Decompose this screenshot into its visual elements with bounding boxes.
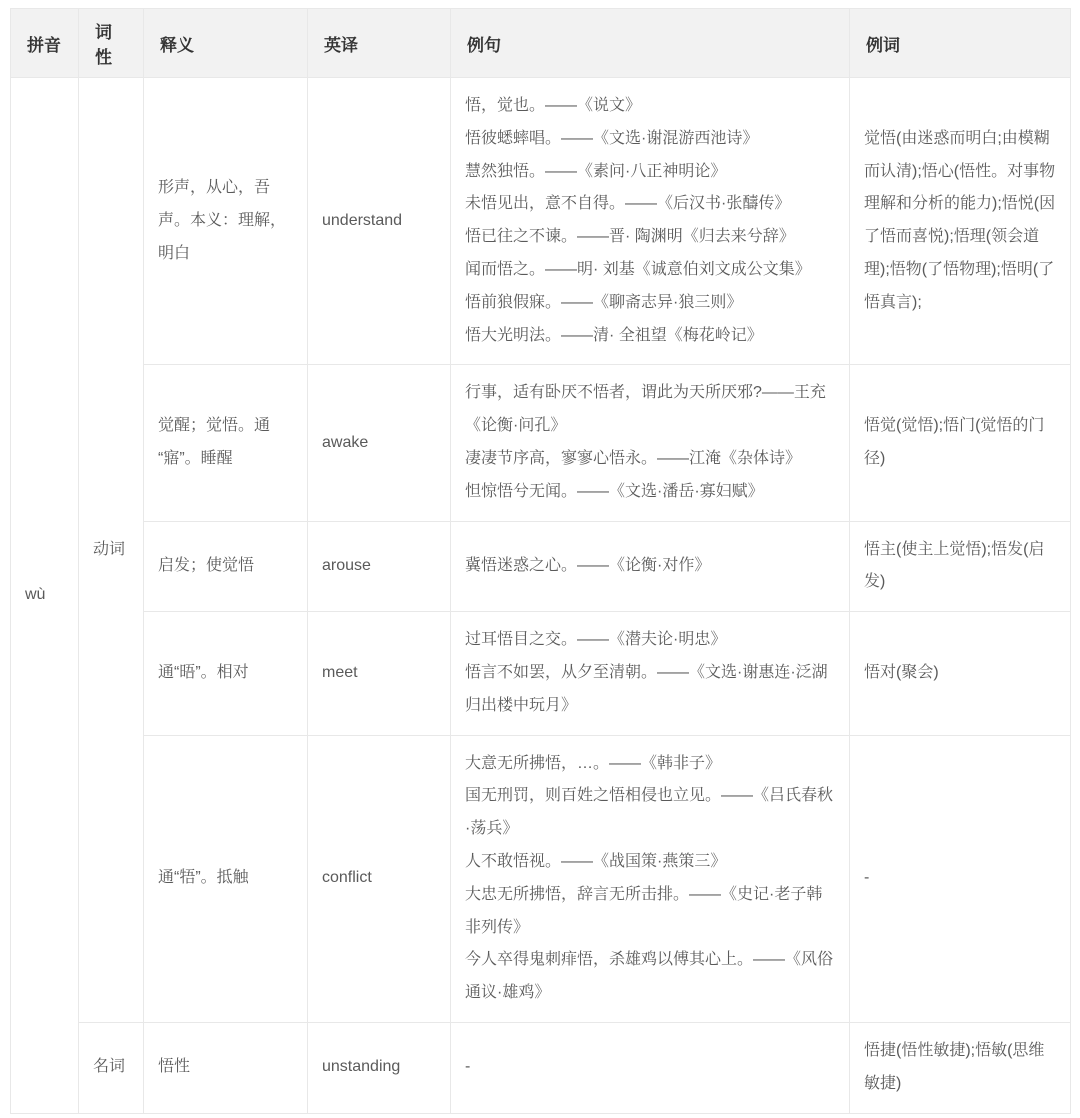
words-cell: 悟捷(悟性敏捷);悟敏(思维敏捷) (850, 1022, 1071, 1113)
definition-cell: 觉醒；觉悟。通“寤”。睡醒 (144, 365, 308, 521)
dictionary-page: 拼音 词性 释义 英译 例句 例词 wù 动词 形声，从心，吾声。本义：理解，明… (0, 0, 1080, 1118)
examples-cell: - (451, 1022, 850, 1113)
words-cell: 悟对(聚会) (850, 612, 1071, 735)
col-header-pos: 词性 (79, 9, 144, 78)
words-cell: 觉悟(由迷惑而明白;由模糊而认清);悟心(悟性。对事物理解和分析的能力);悟悦(… (850, 78, 1071, 365)
definition-cell: 通“牾”。抵触 (144, 735, 308, 1022)
table-row-awake: 觉醒；觉悟。通“寤”。睡醒 awake 行事，适有卧厌不悟者，谓此为天所厌邪?—… (11, 365, 1071, 521)
pos-verb-cell: 动词 (79, 78, 144, 1023)
english-cell: understand (308, 78, 451, 365)
definition-cell: 形声，从心，吾声。本义：理解，明白 (144, 78, 308, 365)
english-cell: unstanding (308, 1022, 451, 1113)
words-cell: - (850, 735, 1071, 1022)
dictionary-table: 拼音 词性 释义 英译 例句 例词 wù 动词 形声，从心，吾声。本义：理解，明… (10, 8, 1071, 1114)
table-row-noun: 名词 悟性 unstanding - 悟捷(悟性敏捷);悟敏(思维敏捷) (11, 1022, 1071, 1113)
table-row-conflict: 通“牾”。抵触 conflict 大意无所拂悟，…。——《韩非子》 国无刑罚，则… (11, 735, 1071, 1022)
english-cell: conflict (308, 735, 451, 1022)
english-cell: awake (308, 365, 451, 521)
examples-cell: 过耳悟目之交。——《潜夫论·明忠》 悟言不如罢，从夕至清朝。——《文选·谢惠连·… (451, 612, 850, 735)
examples-cell: 行事，适有卧厌不悟者，谓此为天所厌邪?——王充《论衡·问孔》 凄凄节序高，寥寥心… (451, 365, 850, 521)
definition-cell: 通“晤”。相对 (144, 612, 308, 735)
words-cell: 悟觉(觉悟);悟门(觉悟的门径) (850, 365, 1071, 521)
examples-cell: 大意无所拂悟，…。——《韩非子》 国无刑罚，则百姓之悟相侵也立见。——《吕氏春秋… (451, 735, 850, 1022)
examples-cell: 悟，觉也。——《说文》 悟彼蟋蟀唱。——《文选·谢混游西池诗》 慧然独悟。——《… (451, 78, 850, 365)
english-cell: meet (308, 612, 451, 735)
pos-noun-cell: 名词 (79, 1022, 144, 1113)
table-row-understand: wù 动词 形声，从心，吾声。本义：理解，明白 understand 悟，觉也。… (11, 78, 1071, 365)
col-header-definition: 释义 (144, 9, 308, 78)
table-row-meet: 通“晤”。相对 meet 过耳悟目之交。——《潜夫论·明忠》 悟言不如罢，从夕至… (11, 612, 1071, 735)
examples-cell: 冀悟迷惑之心。——《论衡·对作》 (451, 521, 850, 612)
words-cell: 悟主(使主上觉悟);悟发(启发) (850, 521, 1071, 612)
col-header-english: 英译 (308, 9, 451, 78)
definition-cell: 悟性 (144, 1022, 308, 1113)
col-header-examples: 例句 (451, 9, 850, 78)
header-row: 拼音 词性 释义 英译 例句 例词 (11, 9, 1071, 78)
pinyin-cell: wù (11, 78, 79, 1114)
definition-cell: 启发；使觉悟 (144, 521, 308, 612)
english-cell: arouse (308, 521, 451, 612)
col-header-pinyin: 拼音 (11, 9, 79, 78)
table-row-arouse: 启发；使觉悟 arouse 冀悟迷惑之心。——《论衡·对作》 悟主(使主上觉悟)… (11, 521, 1071, 612)
col-header-words: 例词 (850, 9, 1071, 78)
